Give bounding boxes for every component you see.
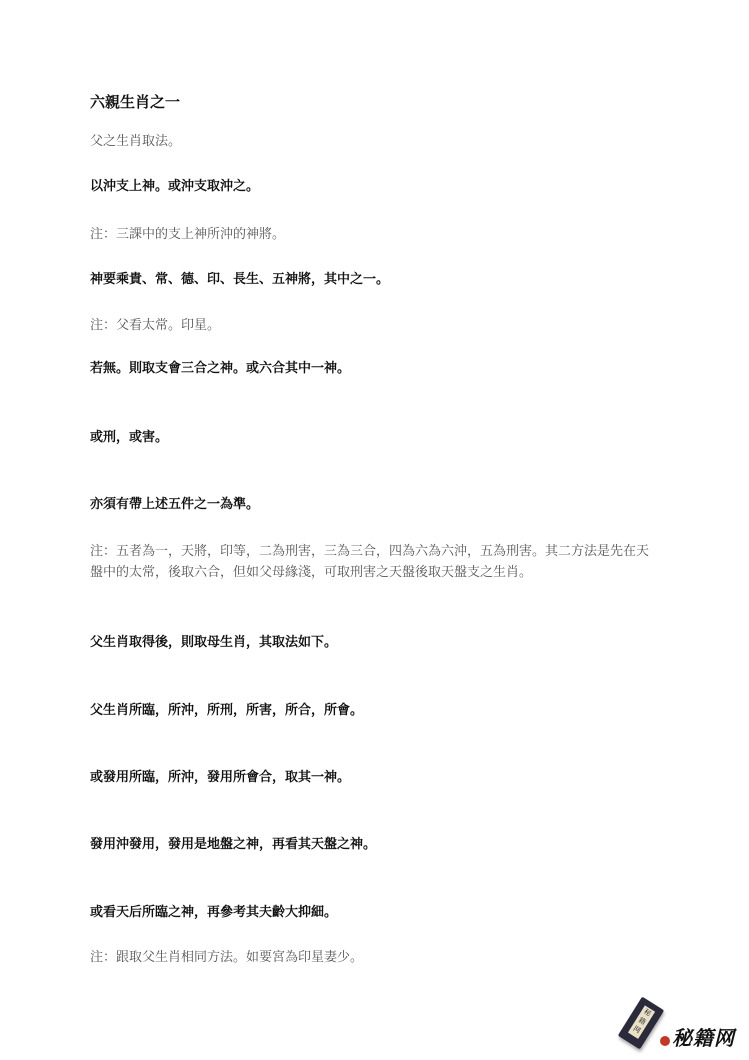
note-line: 注：跟取父生肖相同方法。如要宮為印星妻少。 — [90, 947, 363, 968]
rule-line: 若無。則取支會三合之神。或六合其中一神。 — [90, 358, 350, 379]
rule-line: 亦須有帶上述五件之一為準。 — [90, 494, 259, 515]
note-line: 注：父看太常。印星。 — [90, 315, 220, 336]
book-label: 秘籍网 — [628, 1005, 655, 1038]
rule-line: 或看天后所臨之神，再參考其夫齡大抑細。 — [90, 902, 337, 923]
rule-line: 父生肖所臨，所沖，所刑，所害，所合，所會。 — [90, 700, 363, 721]
note-paragraph: 注：五者為一，天將，印等，二為刑害，三為三合，四為六為六沖，五為刑害。其二方法是… — [90, 541, 660, 583]
brand-text: 秘籍网 — [672, 1022, 735, 1051]
rule-line: 發用沖發用，發用是地盤之神，再看其天盤之神。 — [90, 834, 376, 855]
note-line: 注：三課中的支上神所沖的神將。 — [90, 224, 285, 245]
document-page: 六親生肖之一 父之生肖取法。 以沖支上神。或沖支取沖之。 注：三課中的支上神所沖… — [0, 0, 749, 1060]
watermark-logo: 秘籍网 秘籍网 — [620, 998, 740, 1056]
rule-line: 父生肖取得後，則取母生肖，其取法如下。 — [90, 632, 337, 653]
rule-line: 神要乘貴、常、德、印、長生、五神將，其中之一。 — [90, 269, 389, 290]
note-line: 父之生肖取法。 — [90, 131, 181, 152]
rule-line: 或發用所臨，所沖，發用所會合，取其一神。 — [90, 767, 350, 788]
rule-line: 以沖支上神。或沖支取沖之。 — [90, 176, 259, 197]
page-title: 六親生肖之一 — [90, 92, 180, 113]
seal-icon — [660, 1036, 670, 1046]
rule-line: 或刑，或害。 — [90, 427, 168, 448]
book-icon: 秘籍网 — [618, 997, 664, 1050]
